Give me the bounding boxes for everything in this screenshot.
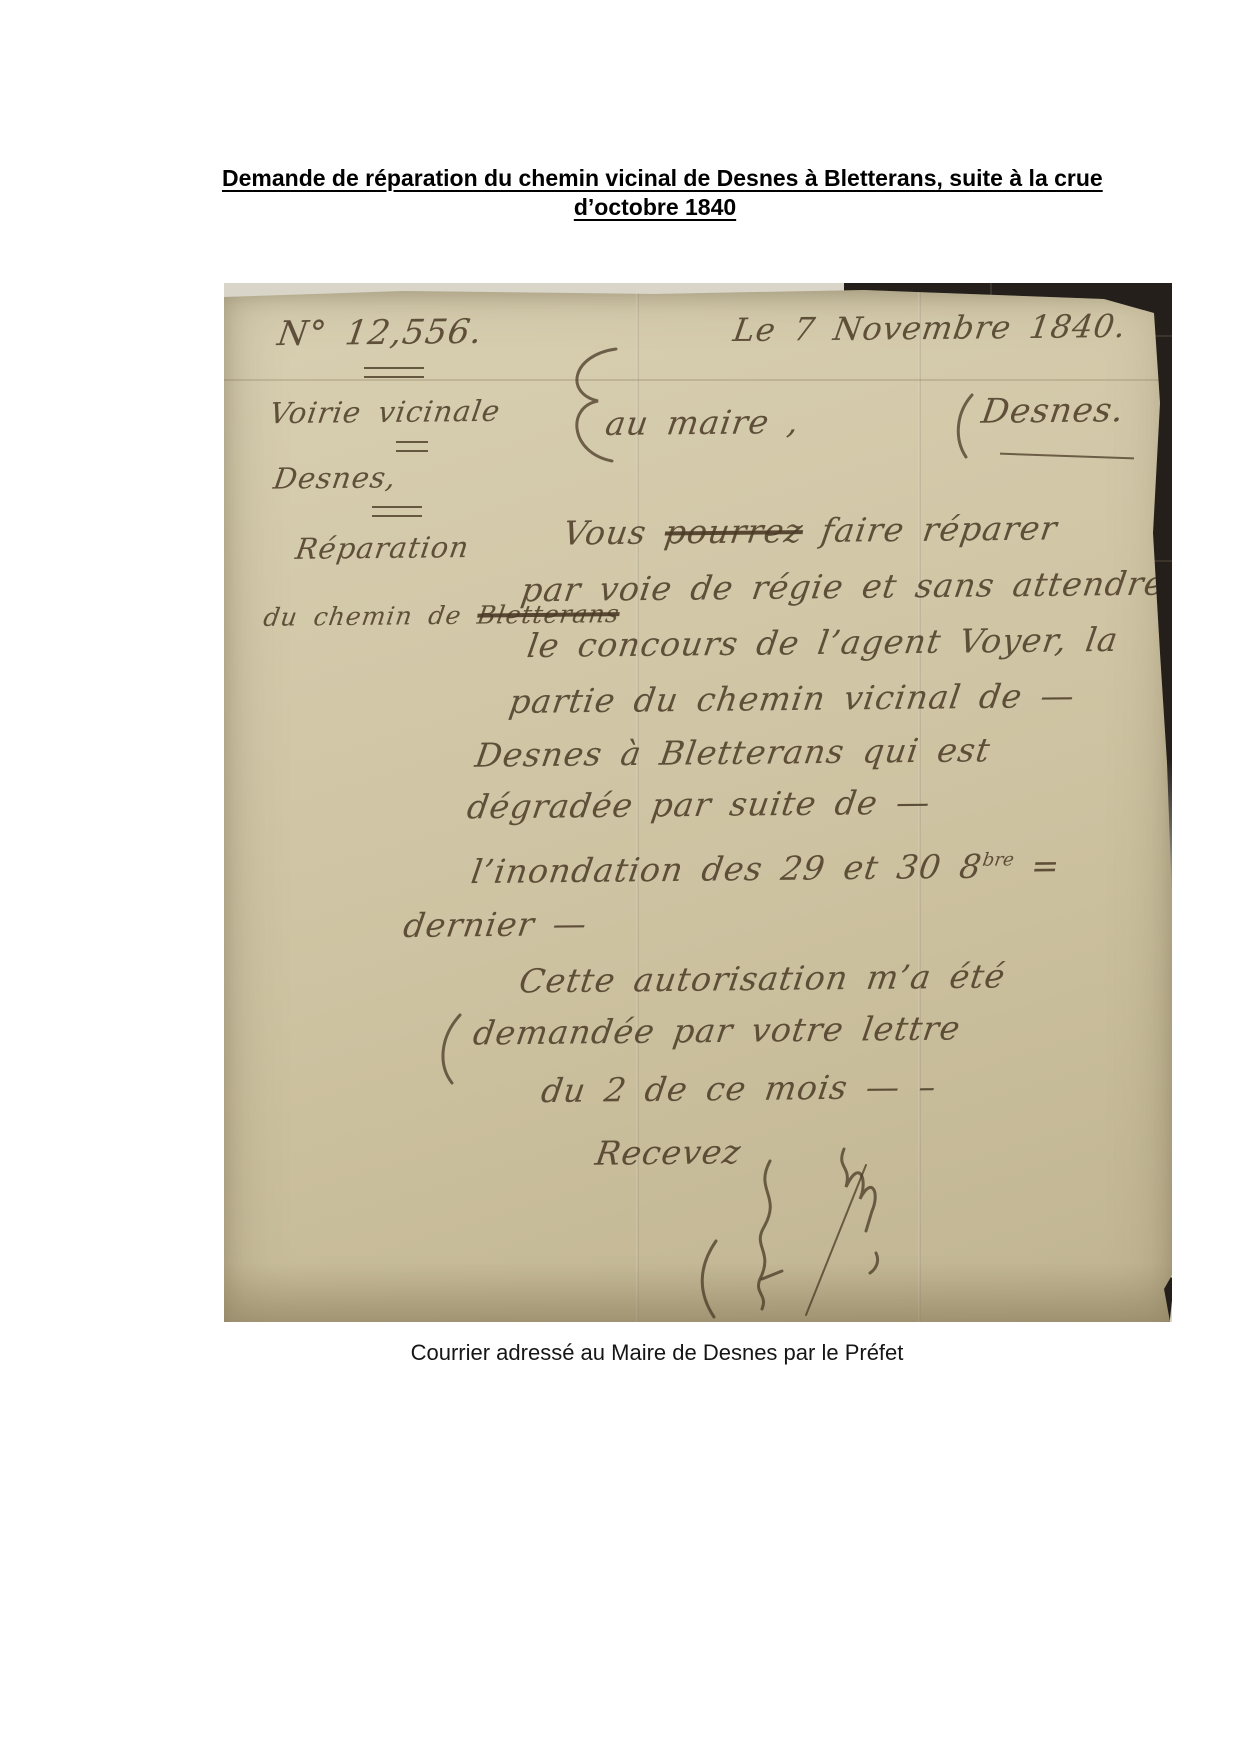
body-line-10: demandée par votre lettre: [471, 1008, 964, 1052]
paper-fold-crease: [224, 379, 1172, 381]
body-line-3: le concours de l’agent Voyer, la: [525, 620, 1121, 665]
body-line-7-text: l’inondation des 29 et 30 8: [469, 847, 985, 891]
body-line-7-text: =: [1010, 846, 1063, 885]
document-page: { "page": { "title_line1": "Demande de r…: [0, 0, 1240, 1754]
body-line-7: l’inondation des 29 et 30 8bre =: [469, 846, 1063, 891]
paren-flourish: [434, 1009, 464, 1089]
body-line-5: Desnes à Bletterans qui est: [473, 730, 994, 774]
letter-photograph: N° 12,556. Le 7 Novembre 1840. Voirie vi…: [224, 283, 1172, 1322]
ink-dash: [372, 506, 422, 517]
page-title-line1: Demande de réparation du chemin vicinal …: [222, 164, 1088, 193]
margin-note-desnes: Desnes,: [271, 460, 398, 495]
ink-dash: [396, 441, 428, 452]
body-line-6: dégradée par suite de —: [465, 783, 934, 827]
body-line-9: Cette autorisation m’a été: [517, 956, 1009, 1000]
body-line-1-text: faire réparer: [800, 508, 1060, 550]
letter-reference-number: N° 12,556.: [275, 312, 486, 354]
letter-place: Desnes.: [979, 390, 1127, 431]
body-line-8: dernier —: [401, 904, 590, 945]
ink-underline: [1000, 453, 1134, 460]
body-line-1-text: Vous: [561, 513, 668, 553]
page-title: Demande de réparation du chemin vicinal …: [222, 164, 1088, 222]
body-line-1: Vous pourrez faire réparer: [561, 508, 1061, 552]
body-line-2: par voie de régie et sans attendre: [519, 564, 1168, 610]
body-line-1-struck-word: pourrez: [662, 511, 806, 551]
letter-date: Le 7 Novembre 1840.: [731, 307, 1129, 349]
body-line-11: du 2 de ce mois — –: [539, 1067, 940, 1110]
letter-salutation: au maire ,: [603, 402, 802, 443]
ink-dash: [364, 367, 424, 378]
photo-caption: Courrier adressé au Maire de Desnes par …: [411, 1340, 904, 1366]
page-title-line2: d’octobre 1840: [222, 193, 1088, 222]
body-line-7-superscript: bre: [981, 849, 1015, 870]
pen-mark: [676, 1235, 796, 1322]
paren-flourish: [950, 391, 976, 461]
body-line-4: partie du chemin vicinal de —: [507, 676, 1078, 721]
letter-paper: N° 12,556. Le 7 Novembre 1840. Voirie vi…: [224, 283, 1172, 1322]
margin-note-reparation: Réparation: [293, 530, 471, 566]
margin-note-chemin-text: du chemin de: [262, 601, 480, 632]
margin-note-voirie: Voirie vicinale: [267, 394, 503, 430]
closing-recevez: Recevez: [593, 1132, 744, 1173]
